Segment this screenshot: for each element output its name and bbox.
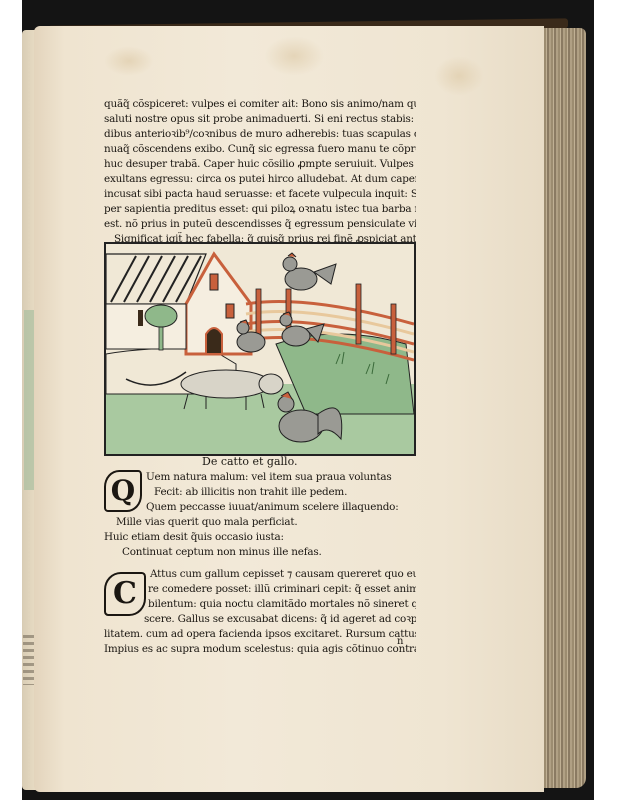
prose-block: Attus cum gallum cepisset ⁊ causam quere… [104, 567, 416, 657]
verse-line: Uem natura malum: vel item sua praua vol… [104, 470, 416, 485]
prose-line: bilentum: quia noctu clamitãdo mortales … [104, 597, 416, 612]
text-line: quãq̃ cõspiceret: vulpes ei comiter ait:… [104, 97, 416, 112]
verse-block: Uem natura malum: vel item sua praua vol… [104, 470, 416, 560]
verse-line: Fecit: ab illicitis non trahit ille pede… [104, 485, 416, 500]
text-line: est. nõ prius in puteũ descendisses q̃ e… [104, 217, 416, 232]
text-line: per sapientia preditus esset: qui piloꝝ … [104, 202, 416, 217]
verse-line: Huic etiam desit q̃uis occasio iusta: [104, 530, 416, 545]
text-line: exultans egressu: circa os putei hirco a… [104, 172, 416, 187]
text-line: dibus anterioꝛib⁹/coꝛnibus de muro adher… [104, 127, 416, 142]
facing-page-illustration-fragment [24, 310, 34, 490]
verse-line: Quem peccasse iuuat/animum scelere illaq… [104, 500, 416, 515]
verse-line: Continuat ceptum non minus ille nefas. [104, 545, 416, 560]
prose-line: litatem. cum ad opera facienda ipsos exc… [104, 627, 416, 642]
verse-line: Mille vias querit quo mala perficiat. [104, 515, 416, 530]
book-fore-edge [540, 28, 586, 788]
text-line: nuaq̃ cõscendens exibo. Cunq̃ sic egress… [104, 142, 416, 157]
prose-line: Attus cum gallum cepisset ⁊ causam quere… [104, 567, 416, 582]
prose-line: Impius es ac supra modum scelestus: quia… [104, 642, 416, 657]
prose-line: re comedere posset: illũ criminari cepit… [104, 582, 416, 597]
cat-and-rooster-woodcut [106, 244, 414, 454]
woodcut-illustration [104, 242, 416, 456]
text-line: incusat sibi pacta haud seruasse: et fac… [104, 187, 416, 202]
text-line: saluti nostre opus sit probe animaduerti… [104, 112, 416, 127]
illustration-caption: De catto et gallo. [202, 455, 298, 468]
page-stain [434, 56, 484, 96]
prose-line: scere. Gallus se excusabat dicens: q̃ id… [104, 612, 416, 627]
page-stain [104, 46, 154, 76]
page-stain [264, 36, 324, 76]
signature-mark: n [397, 636, 403, 647]
top-paragraph: quãq̃ cõspiceret: vulpes ei comiter ait:… [104, 97, 416, 262]
text-line: huc desuper trabã. Caper huic cõsilio ꝓm… [104, 157, 416, 172]
